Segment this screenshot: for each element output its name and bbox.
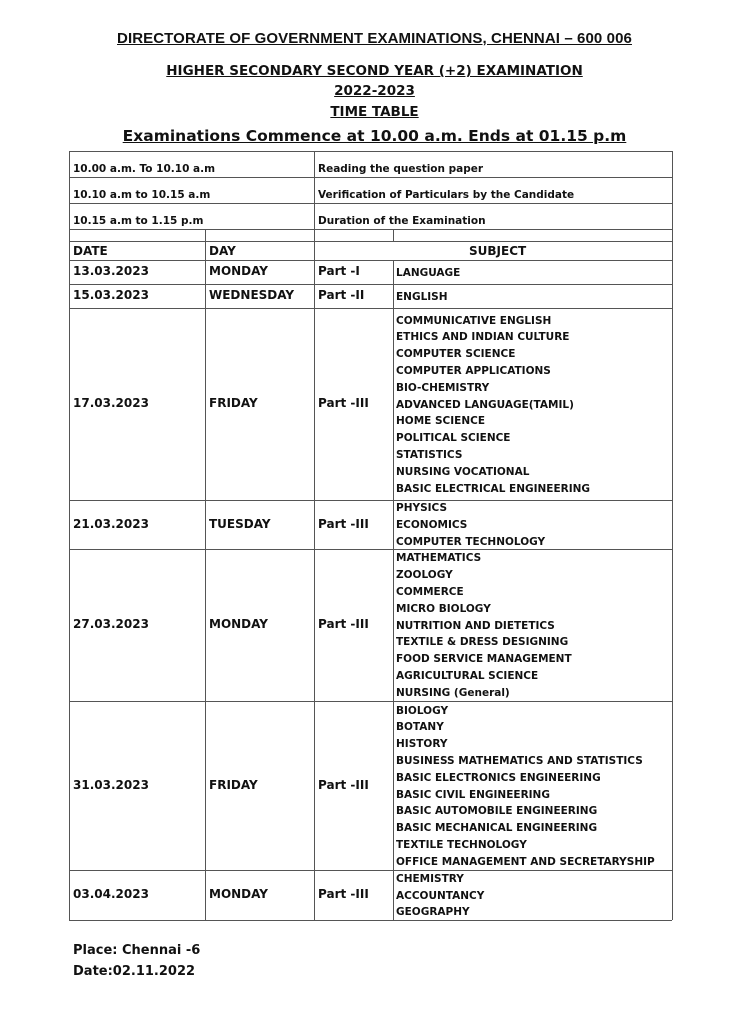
exam-subject: POLITICAL SCIENCE: [396, 430, 510, 447]
table-rule: [69, 151, 70, 920]
exam-subject: NURSING (General): [396, 685, 510, 702]
exam-subject: BASIC AUTOMOBILE ENGINEERING: [396, 803, 597, 820]
exam-subject: BIOLOGY: [396, 703, 448, 720]
exam-date: 15.03.2023: [73, 288, 149, 302]
exam-title: HIGHER SECONDARY SECOND YEAR (+2) EXAMIN…: [0, 63, 749, 79]
exam-subject: COMMUNICATIVE ENGLISH: [396, 313, 551, 330]
schedule-time: 10.15 a.m to 1.15 p.m: [73, 215, 203, 227]
exam-subject: NUTRITION AND DIETETICS: [396, 618, 555, 635]
table-rule: [69, 500, 672, 501]
table-rule: [314, 229, 315, 920]
exam-date: 31.03.2023: [73, 778, 149, 792]
table-rule: [69, 308, 672, 309]
exam-subject: BASIC CIVIL ENGINEERING: [396, 787, 550, 804]
exam-subject: CHEMISTRY: [396, 871, 464, 888]
exam-subject: ECONOMICS: [396, 517, 467, 534]
footer-place: Place: Chennai -6: [73, 943, 200, 958]
table-rule: [69, 549, 672, 550]
exam-subject: TEXTILE & DRESS DESIGNING: [396, 634, 568, 651]
exam-subject: ETHICS AND INDIAN CULTURE: [396, 329, 569, 346]
exam-date: 03.04.2023: [73, 887, 149, 901]
footer-date: Date:02.11.2022: [73, 964, 195, 979]
table-rule: [69, 229, 672, 230]
table-rule: [69, 701, 672, 702]
exam-subject: AGRICULTURAL SCIENCE: [396, 668, 538, 685]
exam-subject: BASIC ELECTRICAL ENGINEERING: [396, 481, 590, 498]
exam-date: 21.03.2023: [73, 517, 149, 531]
schedule-activity: Verification of Particulars by the Candi…: [318, 189, 574, 201]
timing-note: Examinations Commence at 10.00 a.m. Ends…: [0, 127, 749, 145]
exam-date: 27.03.2023: [73, 617, 149, 631]
table-rule: [314, 151, 315, 229]
table-rule: [69, 284, 672, 285]
table-rule: [205, 229, 206, 920]
document-title: TIME TABLE: [0, 104, 749, 120]
schedule-activity: Duration of the Examination: [318, 215, 486, 227]
exam-subject: ENGLISH: [396, 289, 448, 306]
exam-day: FRIDAY: [209, 778, 258, 792]
exam-part: Part -III: [318, 617, 369, 631]
table-rule: [69, 203, 672, 204]
exam-part: Part -II: [318, 288, 364, 302]
exam-subject: COMMERCE: [396, 584, 464, 601]
academic-year: 2022-2023: [0, 83, 749, 99]
table-rule: [69, 241, 672, 242]
exam-subject: OFFICE MANAGEMENT AND SECRETARYSHIP: [396, 854, 655, 871]
table-rule: [69, 260, 672, 261]
exam-subject: COMPUTER SCIENCE: [396, 346, 515, 363]
schedule-time: 10.00 a.m. To 10.10 a.m: [73, 163, 215, 175]
exam-part: Part -III: [318, 396, 369, 410]
exam-day: FRIDAY: [209, 396, 258, 410]
exam-day: MONDAY: [209, 617, 268, 631]
exam-part: Part -III: [318, 517, 369, 531]
exam-subject: BIO-CHEMISTRY: [396, 380, 489, 397]
exam-subject: BASIC ELECTRONICS ENGINEERING: [396, 770, 601, 787]
exam-subject: BOTANY: [396, 719, 444, 736]
exam-subject: LANGUAGE: [396, 265, 460, 282]
column-header-date: DATE: [73, 244, 108, 258]
exam-part: Part -III: [318, 887, 369, 901]
organization-heading: DIRECTORATE OF GOVERNMENT EXAMINATIONS, …: [0, 30, 749, 47]
exam-subject: NURSING VOCATIONAL: [396, 464, 529, 481]
exam-subject: GEOGRAPHY: [396, 904, 470, 921]
exam-day: MONDAY: [209, 887, 268, 901]
exam-day: MONDAY: [209, 264, 268, 278]
exam-subject: PHYSICS: [396, 500, 447, 517]
exam-subject: STATISTICS: [396, 447, 462, 464]
exam-subject: ADVANCED LANGUAGE(TAMIL): [396, 397, 574, 414]
exam-part: Part -I: [318, 264, 360, 278]
exam-date: 17.03.2023: [73, 396, 149, 410]
exam-subject: BASIC MECHANICAL ENGINEERING: [396, 820, 597, 837]
schedule-time: 10.10 a.m to 10.15 a.m: [73, 189, 210, 201]
exam-subject: HOME SCIENCE: [396, 413, 485, 430]
timetable: 10.00 a.m. To 10.10 a.m Reading the ques…: [69, 151, 672, 920]
exam-subject: BUSINESS MATHEMATICS AND STATISTICS: [396, 753, 643, 770]
table-rule: [393, 229, 394, 241]
exam-subject: ACCOUNTANCY: [396, 888, 484, 905]
exam-subject: MATHEMATICS: [396, 550, 481, 567]
schedule-activity: Reading the question paper: [318, 163, 483, 175]
exam-subject: HISTORY: [396, 736, 447, 753]
table-rule: [393, 260, 394, 920]
exam-subject: COMPUTER APPLICATIONS: [396, 363, 551, 380]
column-header-subject: SUBJECT: [469, 244, 526, 258]
exam-day: WEDNESDAY: [209, 288, 294, 302]
table-rule: [672, 151, 673, 920]
table-rule: [69, 920, 672, 921]
exam-date: 13.03.2023: [73, 264, 149, 278]
table-rule: [69, 177, 672, 178]
exam-subject: FOOD SERVICE MANAGEMENT: [396, 651, 572, 668]
exam-subject: TEXTILE TECHNOLOGY: [396, 837, 527, 854]
exam-subject: MICRO BIOLOGY: [396, 601, 491, 618]
table-rule: [69, 151, 672, 152]
exam-subject: ZOOLOGY: [396, 567, 453, 584]
exam-day: TUESDAY: [209, 517, 271, 531]
column-header-day: DAY: [209, 244, 236, 258]
exam-part: Part -III: [318, 778, 369, 792]
table-rule: [69, 870, 672, 871]
